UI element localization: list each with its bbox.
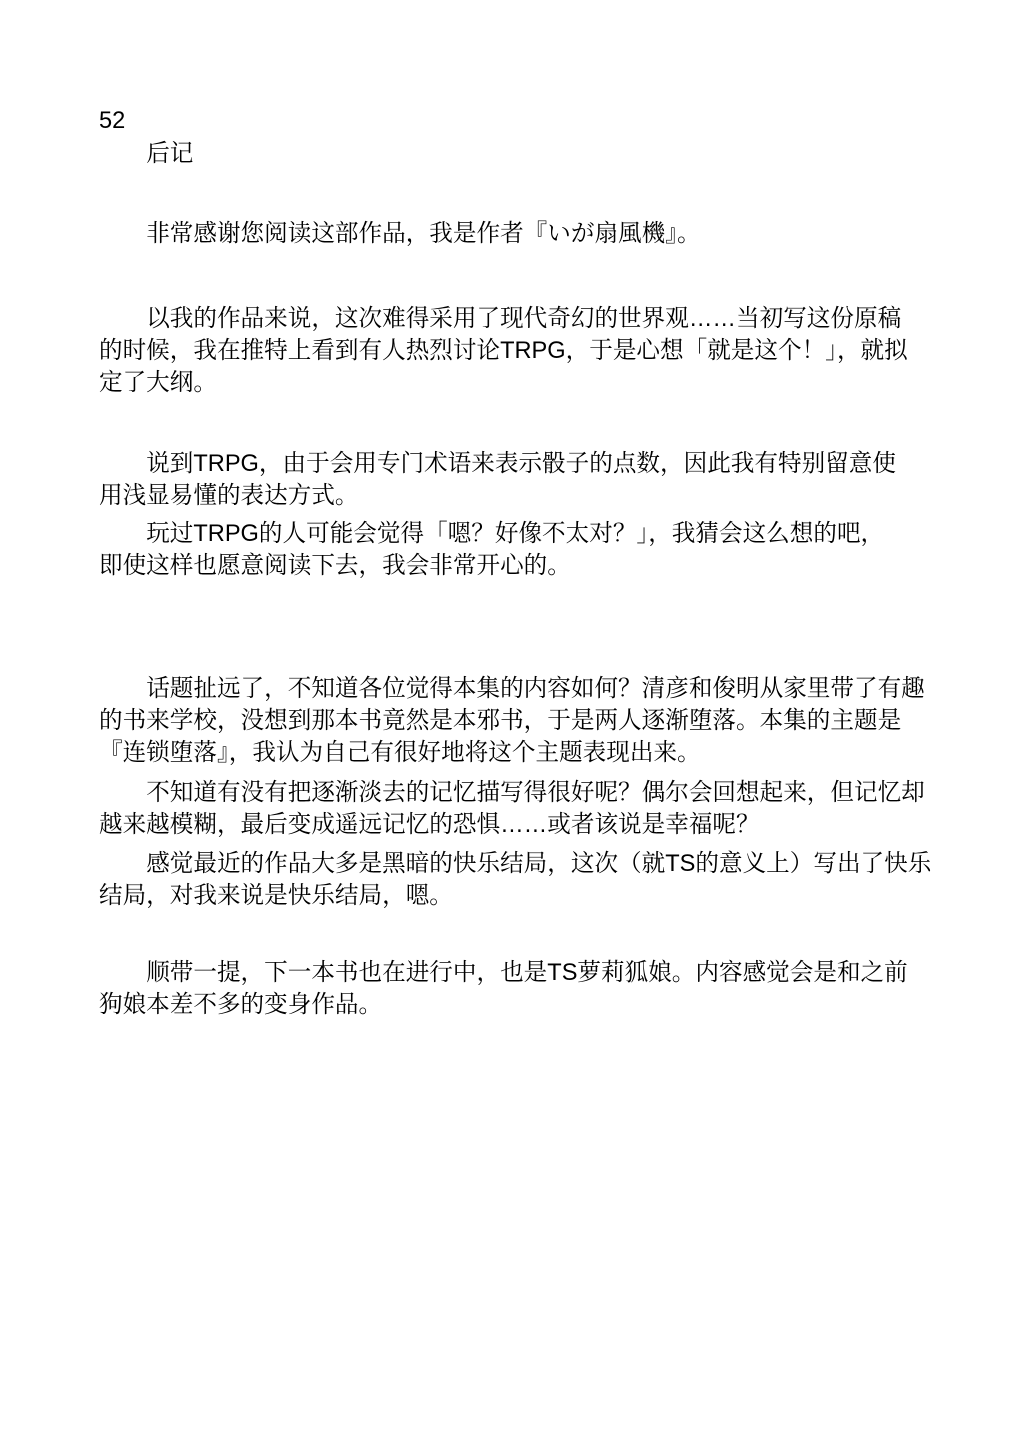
paragraph-line: 话题扯远了，不知道各位觉得本集的内容如何？清彦和俊明从家里带了有趣 <box>99 673 940 705</box>
paragraph-trpg-terms: 说到TRPG，由于会用专门术语来表示骰子的点数，因此我有特别留意使 用浅显易懂的… <box>99 448 940 512</box>
paragraph-memory: 不知道有没有把逐渐淡去的记忆描写得很好呢？偶尔会回想起来，但记忆却 越来越模糊，… <box>99 777 940 841</box>
paragraph-line: 说到TRPG，由于会用专门术语来表示骰子的点数，因此我有特别留意使 <box>99 448 940 480</box>
paragraph-worldview: 以我的作品来说，这次难得采用了现代奇幻的世界观……当初写这份原稿 的时候，我在推… <box>99 303 940 399</box>
paragraph-theme: 话题扯远了，不知道各位觉得本集的内容如何？清彦和俊明从家里带了有趣 的书来学校，… <box>99 673 940 769</box>
paragraph-line: 不知道有没有把逐渐淡去的记忆描写得很好呢？偶尔会回想起来，但记忆却 <box>99 777 940 809</box>
paragraph-line: 的书来学校，没想到那本书竟然是本邪书，于是两人逐渐堕落。本集的主题是 <box>99 705 940 737</box>
paragraph-line: 顺带一提，下一本书也在进行中，也是TS萝莉狐娘。内容感觉会是和之前 <box>99 957 940 989</box>
paragraph-ending: 感觉最近的作品大多是黑暗的快乐结局，这次（就TS的意义上）写出了快乐 结局，对我… <box>99 848 940 912</box>
paragraph-line: 的时候，我在推特上看到有人热烈讨论TRPG，于是心想「就是这个！」，就拟 <box>99 335 940 367</box>
paragraph-thanks: 非常感谢您阅读这部作品，我是作者『いが扇風機』。 <box>99 218 940 250</box>
page-number: 52 <box>99 105 940 137</box>
paragraph-next-book: 顺带一提，下一本书也在进行中，也是TS萝莉狐娘。内容感觉会是和之前 狗娘本差不多… <box>99 957 940 1021</box>
document-page: 52 后记 非常感谢您阅读这部作品，我是作者『いが扇風機』。 以我的作品来说，这… <box>0 0 1024 1449</box>
paragraph-line: 狗娘本差不多的变身作品。 <box>99 989 940 1021</box>
paragraph-line: 玩过TRPG的人可能会觉得「嗯？好像不太对？」，我猜会这么想的吧， <box>99 518 940 550</box>
afterword-title: 后记 <box>99 138 940 170</box>
paragraph-line: 非常感谢您阅读这部作品，我是作者『いが扇風機』。 <box>99 218 940 250</box>
paragraph-line: 用浅显易懂的表达方式。 <box>99 480 940 512</box>
paragraph-trpg-players: 玩过TRPG的人可能会觉得「嗯？好像不太对？」，我猜会这么想的吧， 即使这样也愿… <box>99 518 940 582</box>
paragraph-line: 即使这样也愿意阅读下去，我会非常开心的。 <box>99 550 940 582</box>
paragraph-line: 越来越模糊，最后变成遥远记忆的恐惧……或者该说是幸福呢？ <box>99 809 940 841</box>
paragraph-line: 感觉最近的作品大多是黑暗的快乐结局，这次（就TS的意义上）写出了快乐 <box>99 848 940 880</box>
paragraph-line: 定了大纲。 <box>99 367 940 399</box>
paragraph-line: 『连锁堕落』，我认为自己有很好地将这个主题表现出来。 <box>99 737 940 769</box>
paragraph-line: 以我的作品来说，这次难得采用了现代奇幻的世界观……当初写这份原稿 <box>99 303 940 335</box>
paragraph-line: 结局，对我来说是快乐结局，嗯。 <box>99 880 940 912</box>
